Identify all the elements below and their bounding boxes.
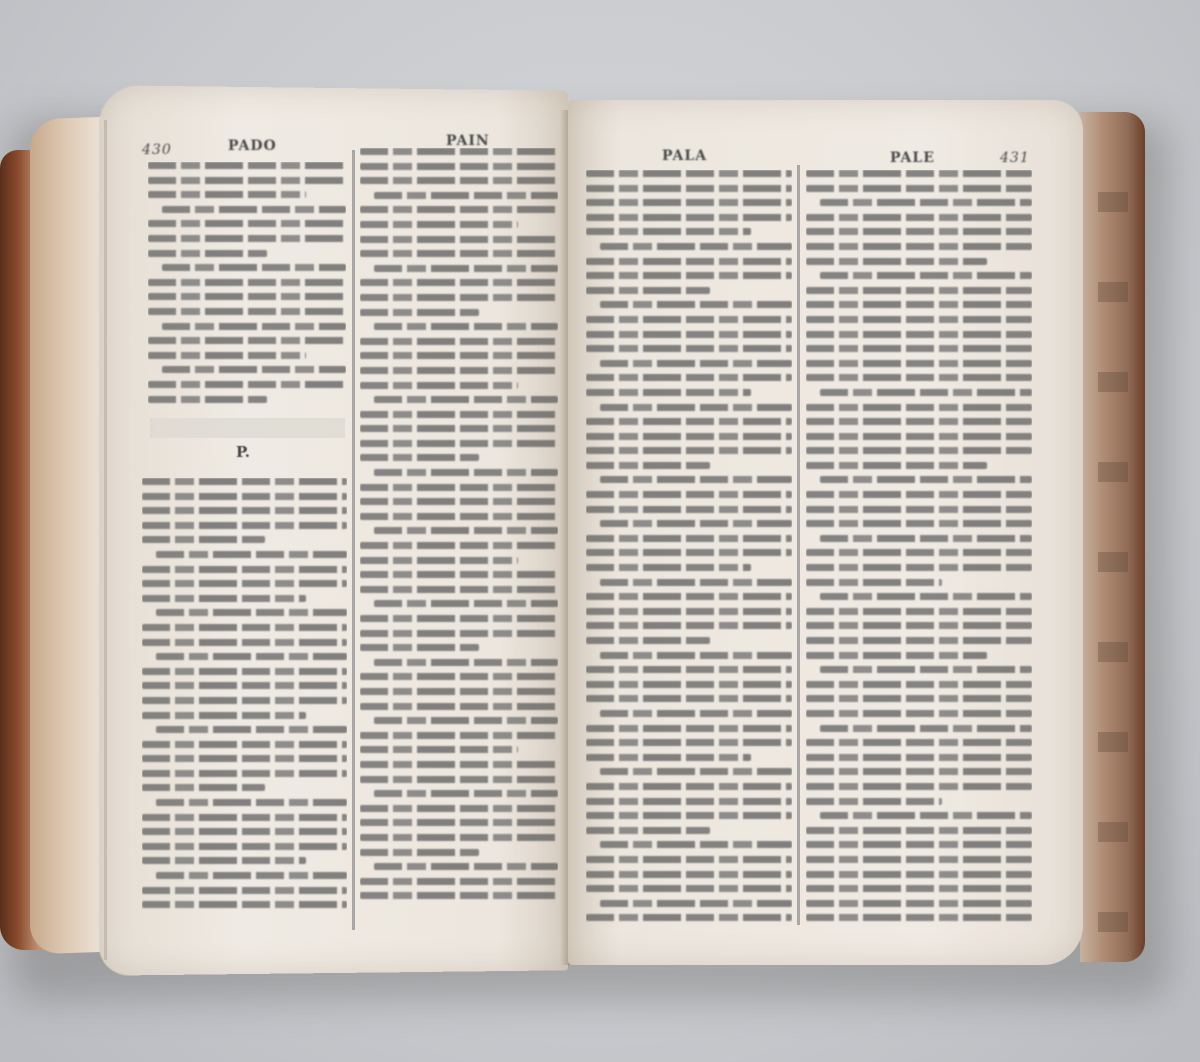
right-running-head-1: PALA (662, 148, 707, 164)
right-page-number: 431 (1000, 150, 1030, 166)
right-leather-cover (1080, 112, 1145, 962)
left-running-head-1: PADO (228, 138, 277, 154)
left-page-column-1-bottom (142, 478, 347, 930)
left-page-column-1-top (148, 162, 346, 430)
left-page-column-2 (360, 148, 558, 928)
left-margin-shadow (104, 120, 107, 960)
left-page-column-rule (352, 150, 355, 930)
right-running-head-2: PALE (890, 150, 935, 166)
right-page-column-1 (586, 170, 792, 950)
right-page-column-2 (806, 170, 1032, 950)
section-break-band (150, 418, 345, 438)
right-page-column-rule (797, 165, 800, 925)
left-running-head-2: PAIN (446, 133, 490, 149)
section-letter-p: P. (236, 443, 250, 461)
left-page-number: 430 (142, 142, 172, 158)
